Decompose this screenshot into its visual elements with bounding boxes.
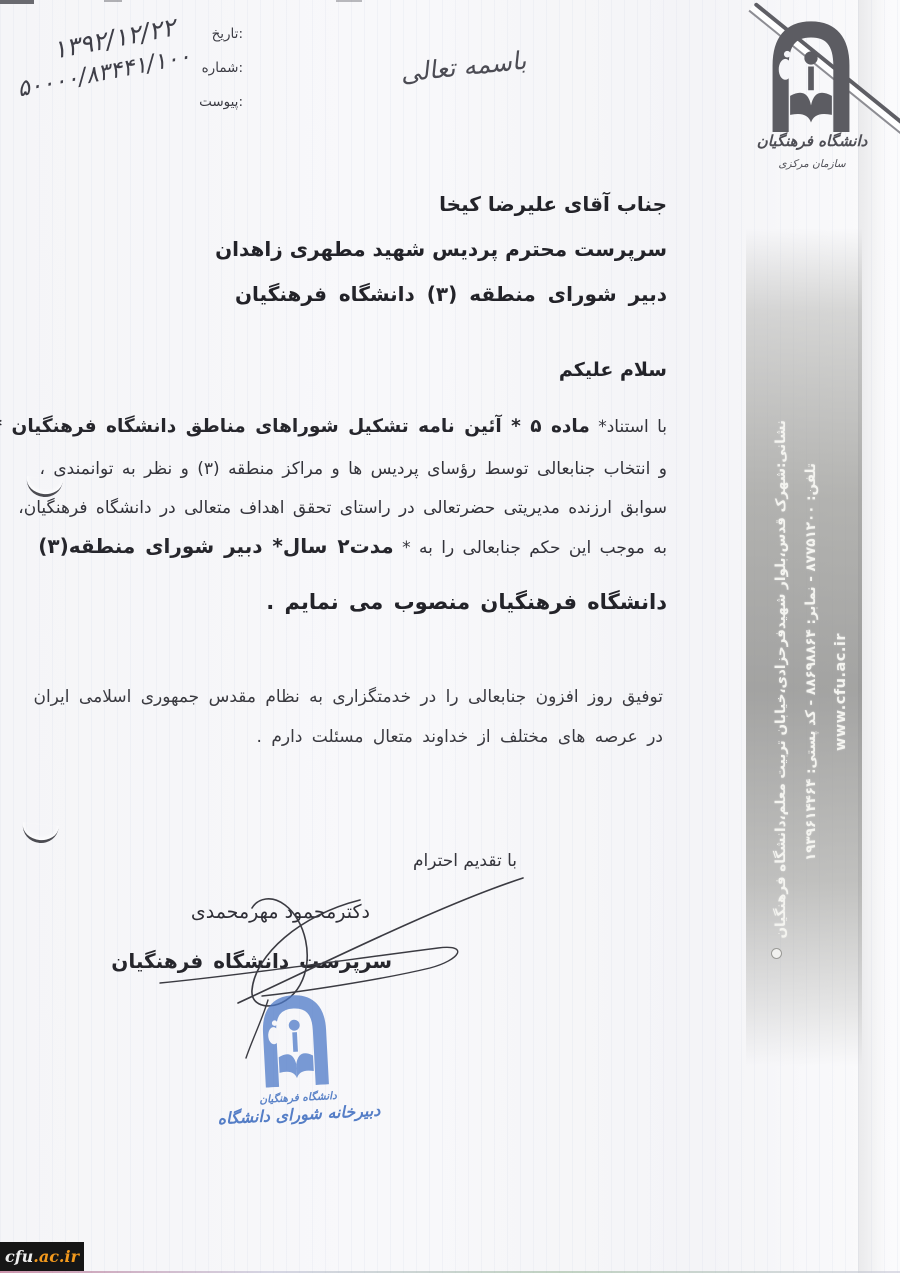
attachment-label: پیوست: bbox=[199, 94, 243, 110]
body-line-5: دانشگاه فرهنگیان منصوب می نمایم . bbox=[266, 590, 667, 614]
body-line-1: با استناد* ماده ۵ * آئین نامه تشکیل شورا… bbox=[0, 416, 667, 437]
body-line-4-bold: مدت۲ سال* دبیر شورای منطقه(۳) bbox=[38, 534, 393, 558]
stamp-logo bbox=[250, 992, 341, 1088]
body-line-4-lead: به موجب این حکم جنابعالی را به * bbox=[402, 538, 667, 558]
scan-edge-mark bbox=[0, 0, 34, 4]
letterhead-phone-fax-postal: تلفن: ۸۷۷۵۱۲۰۰ - نمابر: ۸۸۶۹۸۸۶۴ - کد پس… bbox=[796, 395, 826, 1035]
site-watermark: cfu.ac.ir bbox=[0, 1242, 84, 1271]
scanned-letter-page: نشانی:شهرک قدس،بلوار شهیدفرحزادی،خیابان … bbox=[0, 0, 900, 1273]
body-line-4: به موجب این حکم جنابعالی را به * مدت۲ سا… bbox=[38, 534, 667, 558]
body-line-1-bold: ماده ۵ * آئین نامه تشکیل شوراهای مناطق د… bbox=[0, 416, 590, 437]
bismillah-calligraphy: باسمه تعالی bbox=[401, 45, 530, 88]
number-label: شماره: bbox=[202, 60, 243, 76]
scan-crescent-mark bbox=[25, 476, 63, 499]
official-stamp: دانشگاه فرهنگیان دبیرخانه شورای دانشگاه bbox=[193, 989, 400, 1129]
logo-org-name: دانشگاه فرهنگیان bbox=[742, 132, 882, 150]
body-line-1-lead: با استناد* bbox=[598, 417, 667, 437]
logo-org-subtitle: سازمان مرکزی bbox=[742, 158, 882, 170]
body-line-2: و انتخاب جنابعالی توسط رؤسای پردیس ها و … bbox=[39, 459, 667, 479]
university-logo bbox=[760, 20, 862, 132]
closing-line-2: در عرصه های مختلف از خداوند متعال مسئلت … bbox=[257, 727, 663, 747]
recipient-name: جناب آقای علیرضا کیخا bbox=[439, 192, 667, 216]
watermark-suffix: .ac.ir bbox=[33, 1247, 79, 1266]
scan-crescent-mark bbox=[21, 822, 59, 845]
letterhead-address: نشانی:شهرک قدس،بلوار شهیدفرحزادی،خیابان … bbox=[766, 395, 796, 1035]
recipient-title-1: سرپرست محترم پردیس شهید مطهری زاهدان bbox=[215, 237, 667, 261]
closing-line-1: توفیق روز افزون جنابعالی را در خدمتگزاری… bbox=[33, 687, 663, 707]
body-line-3: سوابق ارزنده مدیریتی حضرتعالی در راستای … bbox=[18, 498, 667, 518]
recipient-title-2: دبیر شورای منطقه (۳) دانشگاه فرهنگیان bbox=[235, 282, 667, 306]
scan-speck bbox=[771, 948, 782, 959]
scan-edge-mark bbox=[336, 0, 362, 2]
scan-edge-mark bbox=[104, 0, 122, 2]
date-label: تاریخ: bbox=[212, 26, 243, 42]
letterhead-website: www.cfu.ac.ir bbox=[826, 395, 856, 1035]
salutation: سلام علیکم bbox=[559, 359, 667, 381]
letterhead-contact-block: نشانی:شهرک قدس،بلوار شهیدفرحزادی،خیابان … bbox=[766, 395, 858, 1035]
scan-edge-shade bbox=[858, 0, 886, 1273]
watermark-prefix: cfu bbox=[5, 1247, 33, 1266]
